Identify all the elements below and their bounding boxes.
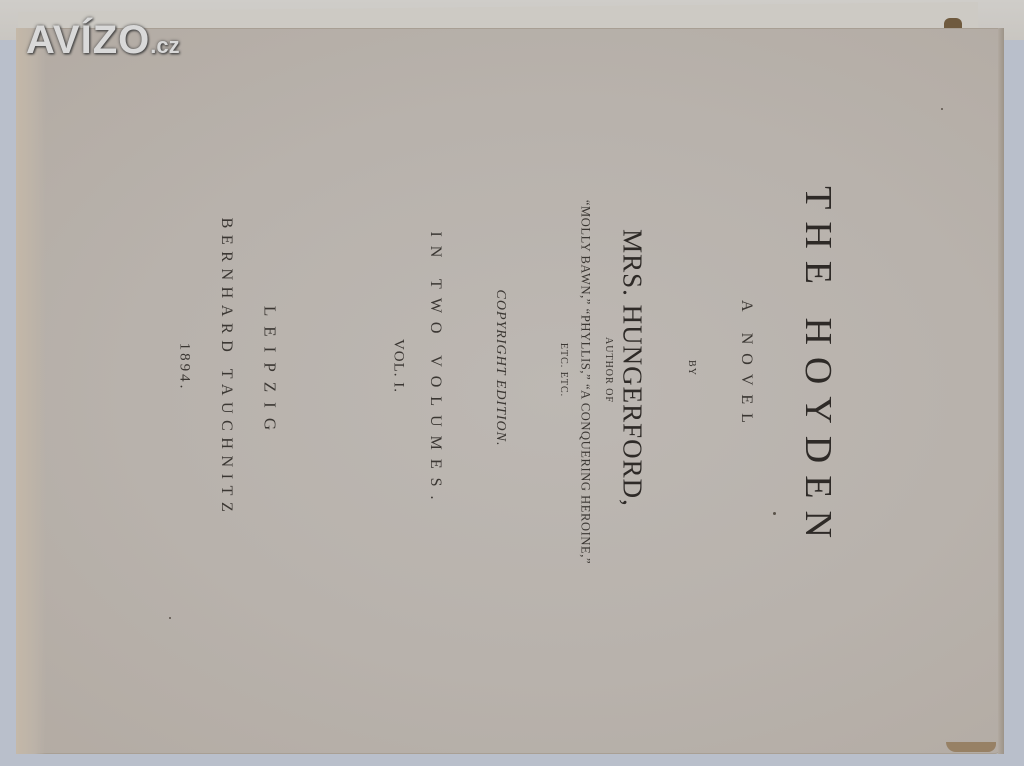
other-works: “MOLLY BAWN,” “PHYLLIS,” “A CONQUERING H…	[579, 200, 592, 564]
avizo-watermark-logo: AVÍZO.cz	[26, 20, 180, 66]
publisher-name: BERNHARD TAUCHNITZ	[218, 218, 234, 519]
etc-label: ETC. ETC.	[558, 343, 568, 397]
worn-corner	[944, 18, 962, 28]
book-subtitle: A NOVEL	[738, 300, 754, 432]
volume-number: VOL. I.	[391, 339, 406, 393]
publication-year: 1894.	[177, 343, 192, 392]
author-name: MRS. HUNGERFORD,	[619, 229, 646, 507]
watermark-brand: AVÍZO	[26, 18, 150, 62]
author-of-label: AUTHOR OF	[603, 337, 613, 403]
by-label: BY	[686, 360, 696, 376]
paper-speck	[941, 108, 943, 110]
book-title: THE HOYDEN	[799, 186, 837, 550]
publisher-city: LEIPZIG	[262, 306, 279, 440]
paper-speck	[169, 617, 171, 619]
volumes-label: IN TWO VOLUMES.	[427, 231, 443, 508]
watermark-tld: .cz	[150, 33, 179, 58]
page-outer-edge	[998, 28, 1004, 754]
edition-label: COPYRIGHT EDITION.	[493, 290, 507, 447]
book-title-page	[16, 28, 1004, 754]
paper-speck	[773, 512, 776, 515]
worn-corner-stain	[946, 742, 996, 752]
page-binding-edge	[16, 28, 46, 754]
